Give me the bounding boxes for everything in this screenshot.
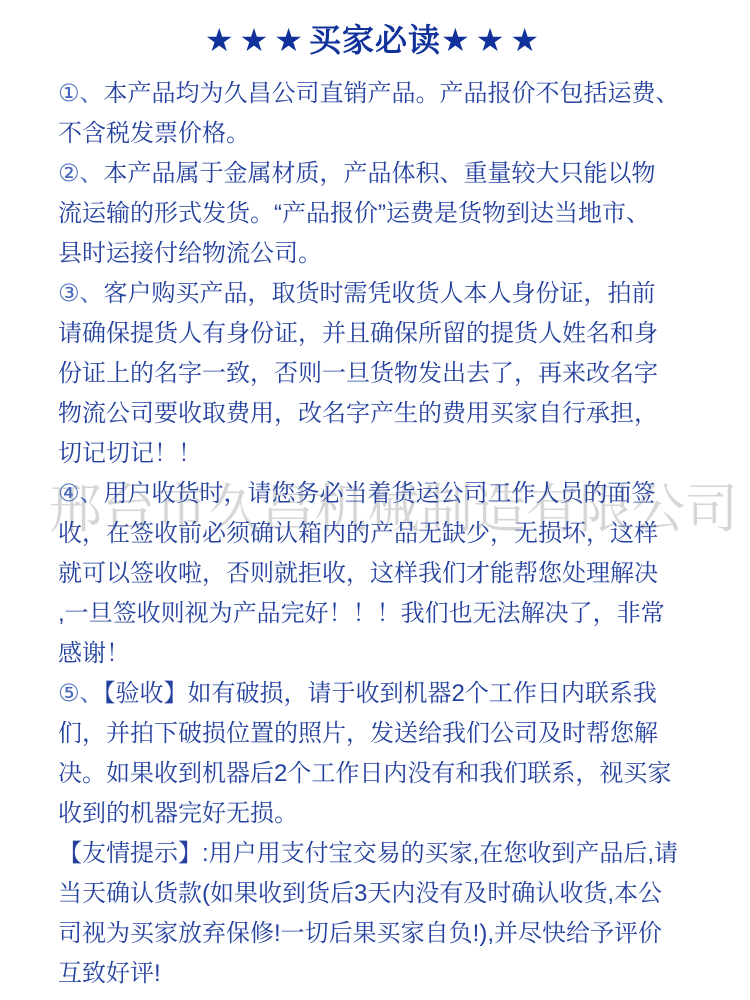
paragraph-4-number: ④、 <box>58 480 104 507</box>
notice-paragraph-3: ③、客户购买产品，取货时需凭收货人本人身份证，拍前 请确保提货人有身份证，并且确… <box>58 274 726 474</box>
notice-content: ①、本产品均为久昌公司直销产品。产品报价不包括运费、 不含税发票价格。 ②、本产… <box>0 58 750 994</box>
paragraph-5-text: 【验收】如有破损，请于收到机器2个工作日内联系我 们，并拍下破损位置的照片，发送… <box>58 680 671 827</box>
notice-paragraph-1: ①、本产品均为久昌公司直销产品。产品报价不包括运费、 不含税发票价格。 <box>58 74 726 154</box>
stars-right-decoration: ★★★ <box>441 22 545 58</box>
page-title: ★★★买家必读★★★ <box>0 22 750 58</box>
paragraph-1-text: 本产品均为久昌公司直销产品。产品报价不包括运费、 不含税发票价格。 <box>58 80 680 147</box>
paragraph-3-text: 客户购买产品，取货时需凭收货人本人身份证，拍前 请确保提货人有身份证，并且确保所… <box>58 280 658 467</box>
paragraph-4-text: 用户收货时，请您务必当着货运公司工作人员的面签 收，在签收前必须确认箱内的产品无… <box>58 480 665 667</box>
page-title-text: 买家必读 <box>309 22 441 58</box>
notice-paragraph-5: ⑤、【验收】如有破损，请于收到机器2个工作日内联系我 们，并拍下破损位置的照片，… <box>58 674 726 834</box>
notice-paragraph-2: ②、本产品属于金属材质，产品体积、重量较大只能以物 流运输的形式发货。“产品报价… <box>58 154 726 274</box>
paragraph-3-number: ③、 <box>58 280 104 307</box>
paragraph-1-number: ①、 <box>58 80 104 107</box>
paragraph-2-text: 本产品属于金属材质，产品体积、重量较大只能以物 流运输的形式发货。“产品报价”运… <box>58 160 656 267</box>
notice-paragraph-friendly-tip: 【友情提示】:用户用支付宝交易的买家,在您收到产品后,请 当天确认货款(如果收到… <box>58 834 726 994</box>
paragraph-2-number: ②、 <box>58 160 104 187</box>
friendly-tip-label: 【友情提示】: <box>58 840 209 867</box>
paragraph-5-number: ⑤、 <box>58 680 104 707</box>
buyer-notice-page: 邢台市久昌机械制造有限公司 ★★★买家必读★★★ ①、本产品均为久昌公司直销产品… <box>0 0 750 1000</box>
stars-left-decoration: ★★★ <box>205 22 309 58</box>
notice-paragraph-4: ④、用户收货时，请您务必当着货运公司工作人员的面签 收，在签收前必须确认箱内的产… <box>58 474 726 674</box>
